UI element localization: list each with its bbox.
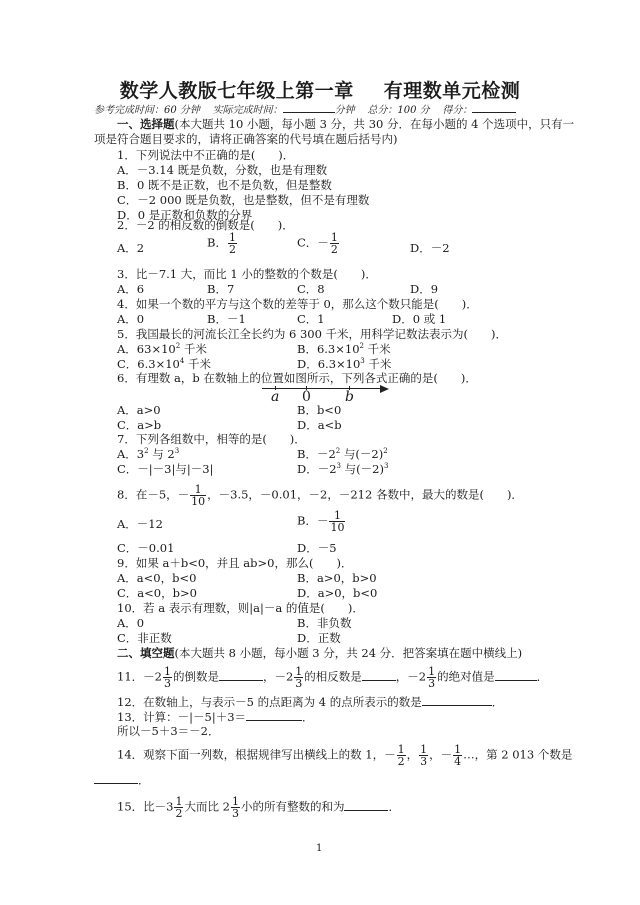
section1-note-cont: 项是符合题目要求的，请将正确答案的代号填在题后括号内): [94, 132, 397, 146]
fraction: 12: [174, 796, 183, 819]
denominator: 2: [330, 244, 339, 255]
q12-blank[interactable]: [422, 694, 492, 706]
q3-stem: 3．比－7.1 大，而比 1 小的整数的个数是( )．: [117, 267, 377, 281]
q2-option-d: D．－2: [410, 241, 450, 255]
actual-time-unit: 分钟: [335, 105, 355, 116]
q7-a-mid: 与 2: [149, 447, 175, 461]
q5-d-unit: 千米: [365, 357, 392, 371]
q2-option-c: C．－12: [297, 232, 340, 255]
exam-meta: 参考完成时间：60 分钟 实际完成时间：分钟 总分：100 分 得分：: [94, 101, 516, 118]
q7-b-exp2: 2: [383, 447, 387, 455]
q3-option-b: B．7: [207, 282, 234, 296]
q4-option-d: D．0 或 1: [392, 312, 446, 326]
fraction: 110: [190, 484, 206, 507]
q8-b-prefix: B．－: [297, 514, 328, 528]
q13-blank[interactable]: [246, 709, 302, 721]
q15-mid: 大而比 2: [184, 800, 229, 814]
q2-b-prefix: B．: [207, 236, 227, 250]
q12-text: 12．在数轴上，与表示－5 的点距离为 4 的点所表示的数是: [117, 695, 422, 709]
separator: ，: [396, 670, 408, 684]
axis-arrow-icon: [380, 385, 389, 393]
q7-option-d: D．－23 与(－2)3: [297, 462, 388, 476]
q9-option-b: B．a>0，b>0: [297, 571, 377, 585]
fraction: 14: [453, 744, 462, 767]
q9-option-a: A．a<0，b<0: [117, 571, 196, 585]
q1-option-a: A．－3.14 既是负数，分数，也是有理数: [117, 163, 327, 177]
section1-heading: 一、选择题: [117, 117, 175, 131]
q2-option-b: B．12: [207, 232, 238, 255]
q7-option-a: A．32 与 23: [117, 447, 179, 461]
denominator: 3: [231, 808, 240, 819]
q9-option-d: D．a>0，b<0: [297, 586, 377, 600]
q5-a-unit: 千米: [180, 342, 207, 356]
q3-option-d: D．9: [410, 282, 438, 296]
fraction: 13: [427, 666, 436, 689]
q5-option-c: C．6.3×104 千米: [117, 357, 211, 371]
total-score: 总分：100 分: [367, 105, 429, 116]
denominator: 3: [294, 678, 303, 689]
q7-stem: 7．下列各组数中，相等的是( )．: [117, 432, 306, 446]
q10-option-a: A．0: [117, 616, 144, 630]
q8-stem-post: ，－3.5，－0.01，－2，－212 各数中，最大的数是( )．: [207, 488, 523, 502]
q6-option-c: C．a>b: [117, 418, 161, 432]
q8-option-c: C．－0.01: [117, 541, 174, 555]
q3-option-c: C．8: [297, 282, 325, 296]
period: ．: [302, 710, 314, 724]
q2-option-a: A．2: [117, 241, 144, 255]
q5-option-d: D．6.3×103 千米: [297, 357, 391, 371]
section2-note: (本大题共 8 小题，每小题 3 分，共 24 分．把答案填在题中横线上): [175, 646, 523, 660]
q14-text: 14．观察下面一列数，根据规律写出横线上的数 1，: [117, 748, 384, 762]
separator: ，: [263, 670, 275, 684]
section1-note: (本大题共 10 小题，每小题 3 分，共 30 分．在每小题的 4 个选项中，…: [175, 117, 575, 131]
page-title: 数学人教版七年级上第一章有理数单元检测: [0, 76, 640, 103]
fraction: 12: [228, 232, 237, 255]
q5-c-unit: 千米: [184, 357, 211, 371]
q13-extra-line: 所以－5＋3＝－2．: [117, 724, 219, 738]
q14: 14．观察下面一列数，根据规律写出横线上的数 1，－12，13，－14…，第 2…: [117, 744, 572, 767]
q2-c-prefix: C．－: [297, 236, 329, 250]
q14-post: …，第 2 013 个数是: [463, 748, 572, 762]
mixed-whole: －2: [407, 670, 426, 684]
q2-stem: 2．－2 的相反数的倒数是( )．: [117, 218, 294, 232]
q3-option-a: A．6: [117, 282, 144, 296]
q11-blank-1[interactable]: [219, 669, 263, 681]
q15-post: 小的所有整数的和为: [241, 800, 345, 814]
fraction: 110: [329, 510, 345, 533]
q11: 11．－213的倒数是，－213的相反数是，－213的绝对值是．: [117, 666, 548, 689]
mixed-whole: －2: [274, 670, 293, 684]
period: ．: [138, 773, 150, 787]
denominator: 2: [228, 244, 237, 255]
q8-option-b: B．－110: [297, 510, 346, 533]
q7-b-pre: B．－2: [297, 447, 336, 461]
fraction: 13: [231, 796, 240, 819]
q6-option-b: B．b<0: [297, 403, 341, 417]
fraction: 13: [419, 744, 428, 767]
q15: 15．比－312大而比 213小的所有整数的和为．: [117, 796, 400, 819]
q10-stem: 10．若 a 表示有理数，则|a|－a 的值是( )．: [117, 601, 364, 615]
q11-number: 11．: [117, 670, 143, 684]
q7-option-c: C．－|－3|与|－3|: [117, 462, 213, 476]
q5-option-b: B．6.3×102 千米: [297, 342, 391, 356]
q13-text: 13．计算：－|－5|＋3＝: [117, 710, 246, 724]
denominator: 4: [453, 756, 462, 767]
q1-option-c: C．－2 000 既是负数，也是整数，但不是有理数: [117, 193, 369, 207]
title-right: 有理数单元检测: [384, 80, 521, 102]
axis-label-a: a: [271, 389, 279, 405]
q5-b-unit: 千米: [364, 342, 391, 356]
minus: －: [384, 748, 396, 762]
q5-a-base: A．63×10: [117, 342, 176, 356]
actual-time-blank[interactable]: [283, 101, 335, 113]
axis-label-b: b: [345, 389, 354, 405]
q10-option-d: D．正数: [297, 631, 341, 645]
q5-option-a: A．63×102 千米: [117, 342, 207, 356]
q8-stem: 8．在－5，－110，－3.5，－0.01，－2，－212 各数中，最大的数是(…: [117, 484, 523, 507]
fraction: 12: [330, 232, 339, 255]
page-number: 1: [316, 843, 322, 854]
q14-blank[interactable]: [94, 772, 138, 784]
q5-c-base: C．6.3×10: [117, 357, 180, 371]
denominator: 3: [419, 756, 428, 767]
period: ．: [537, 670, 549, 684]
q9-option-c: C．a<0，b>0: [117, 586, 197, 600]
section2-header: 二、填空题(本大题共 8 小题，每小题 3 分，共 24 分．把答案填在题中横线…: [117, 646, 522, 660]
period: ．: [492, 695, 504, 709]
q11-part1: 的倒数是: [173, 670, 219, 684]
score-label: 得分：: [442, 105, 472, 116]
fraction: 13: [294, 666, 303, 689]
q7-option-b: B．－22 与(－2)2: [297, 447, 388, 461]
q10-option-b: B．非负数: [297, 616, 351, 630]
q6-option-d: D．a<b: [297, 418, 342, 432]
q15-blank[interactable]: [344, 799, 388, 811]
q1-option-b: B．0 既不是正数，也不是负数，但是整数: [117, 178, 332, 192]
q5-d-base: D．6.3×10: [297, 357, 360, 371]
q7-a-exp2: 3: [175, 447, 179, 455]
q12: 12．在数轴上，与表示－5 的点距离为 4 的点所表示的数是．: [117, 694, 503, 709]
fraction: 13: [163, 666, 172, 689]
section1-header: 一、选择题(本大题共 10 小题，每小题 3 分，共 30 分．在每小题的 4 …: [117, 117, 574, 131]
mixed-whole: －3: [155, 800, 174, 814]
q5-stem: 5．我国最长的河流长江全长约为 6 300 千米，用科学记数法表示为( )．: [117, 327, 507, 341]
title-left: 数学人教版七年级上第一章: [120, 80, 354, 102]
q8-option-d: D．－5: [297, 541, 337, 555]
q6-stem: 6．有理数 a，b 在数轴上的位置如图所示，下列各式正确的是( )．: [117, 371, 477, 385]
fraction: 12: [397, 744, 406, 767]
section2-heading: 二、填空题: [117, 646, 175, 660]
q15-pre: 15．比: [117, 800, 155, 814]
q1-stem: 1．下列说法中不正确的是( )．: [117, 148, 294, 162]
denominator: 10: [190, 496, 206, 507]
mixed-whole: －2: [143, 670, 162, 684]
q11-part2: 的相反数是: [304, 670, 362, 684]
q11-part3: 的绝对值是: [437, 670, 495, 684]
q7-b-mid: 与(－2): [340, 447, 383, 461]
denominator: 3: [163, 678, 172, 689]
actual-time-label: 实际完成时间：: [213, 105, 283, 116]
q13: 13．计算：－|－5|＋3＝．: [117, 709, 314, 724]
q14-answer-line: ．: [94, 772, 150, 787]
q4-option-b: B．－1: [207, 312, 246, 326]
q7-d-pre: D．－2: [297, 462, 337, 476]
q7-a-pre: A．3: [117, 447, 144, 461]
q8-option-a: A．－12: [117, 517, 163, 531]
ref-time: 参考完成时间：60 分钟: [94, 105, 200, 116]
q11-blank-3[interactable]: [495, 669, 537, 681]
q10-option-c: C．非正数: [117, 631, 172, 645]
q7-d-mid: 与(－2): [341, 462, 384, 476]
exam-page: 数学人教版七年级上第一章有理数单元检测 参考完成时间：60 分钟 实际完成时间：…: [0, 0, 640, 905]
q7-d-exp2: 3: [384, 462, 388, 470]
period: ．: [388, 800, 400, 814]
q8-stem-pre: 8．在－5，－: [117, 488, 189, 502]
q9-stem: 9．如果 a＋b<0，并且 ab>0，那么( )．: [117, 556, 352, 570]
q4-option-a: A．0: [117, 312, 144, 326]
q11-blank-2[interactable]: [362, 669, 396, 681]
q4-stem: 4．如果一个数的平方与这个数的差等于 0，那么这个数只能是( )．: [117, 297, 478, 311]
q4-option-c: C．1: [297, 312, 325, 326]
minus: －: [441, 748, 453, 762]
score-blank[interactable]: [472, 101, 516, 113]
q6-option-a: A．a>0: [117, 403, 161, 417]
q5-b-base: B．6.3×10: [297, 342, 360, 356]
axis-line: [262, 388, 382, 389]
denominator: 2: [397, 756, 406, 767]
denominator: 3: [427, 678, 436, 689]
denominator: 2: [174, 808, 183, 819]
denominator: 10: [329, 522, 345, 533]
